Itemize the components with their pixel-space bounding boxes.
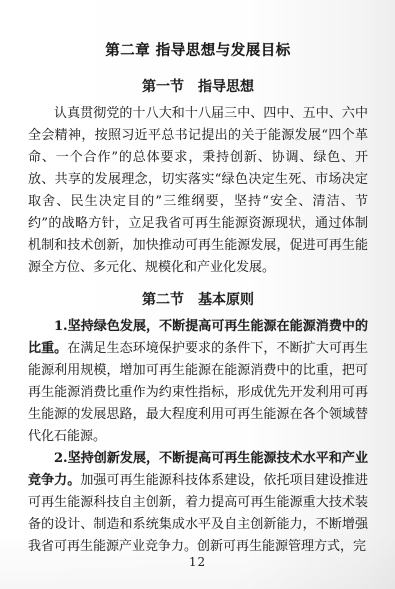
- text-block: 第二章 指导思想与发展目标 第一节 指导思想 认真贯彻党的十八大和十八届三中、四…: [28, 0, 368, 558]
- paragraph-principle-1: 1.坚持绿色发展，不断提高可再生能源在能源消费中的比重。在满足生态环境保护要求的…: [28, 316, 368, 448]
- chapter-title: 第二章 指导思想与发展目标: [28, 0, 368, 61]
- section-title-2: 第二节 基本原则: [28, 291, 368, 309]
- page-number: 12: [0, 555, 395, 569]
- paragraph-guiding-ideology: 认真贯彻党的十八大和十八届三中、四中、五中、六中全会精神，按照习近平总书记提出的…: [28, 103, 368, 279]
- section-title-1: 第一节 指导思想: [28, 78, 368, 96]
- principle-1-body: 在满足生态环境保护要求的条件下，不断扩大可再生能源利用规模，增加可再生能源在能源…: [28, 341, 368, 444]
- scanned-document-page: 第二章 指导思想与发展目标 第一节 指导思想 认真贯彻党的十八大和十八届三中、四…: [0, 0, 395, 589]
- paragraph-principle-2: 2.坚持创新发展，不断提高可再生能源技术水平和产业竞争力。加强可再生能源科技体系…: [28, 448, 368, 558]
